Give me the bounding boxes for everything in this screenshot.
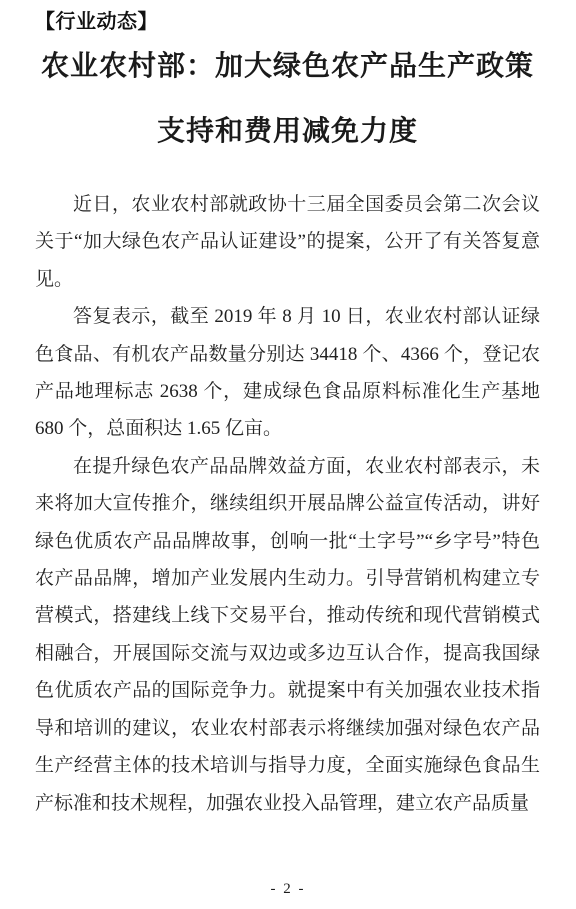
title-line-1: 农业农村部：加大绿色农产品生产政策 xyxy=(35,34,540,99)
document-body: 近日，农业农村部就政协十三届全国委员会第二次会议关于“加大绿色农产品认证建设”的… xyxy=(35,186,540,822)
section-tag: 【行业动态】 xyxy=(35,10,540,34)
paragraph-intro: 近日，农业农村部就政协十三届全国委员会第二次会议关于“加大绿色农产品认证建设”的… xyxy=(35,186,540,298)
title-line-2: 支持和费用减免力度 xyxy=(35,99,540,164)
page-title: 农业农村部：加大绿色农产品生产政策 支持和费用减免力度 xyxy=(35,34,540,164)
document-page: 【行业动态】 农业农村部：加大绿色农产品生产政策 支持和费用减免力度 近日，农业… xyxy=(0,0,576,909)
paragraph-brand-measures: 在提升绿色农产品品牌效益方面，农业农村部表示，未来将加大宣传推介，继续组织开展品… xyxy=(35,448,540,822)
paragraph-statistics: 答复表示，截至 2019 年 8 月 10 日，农业农村部认证绿色食品、有机农产… xyxy=(35,298,540,448)
page-number: - 2 - xyxy=(0,882,576,897)
